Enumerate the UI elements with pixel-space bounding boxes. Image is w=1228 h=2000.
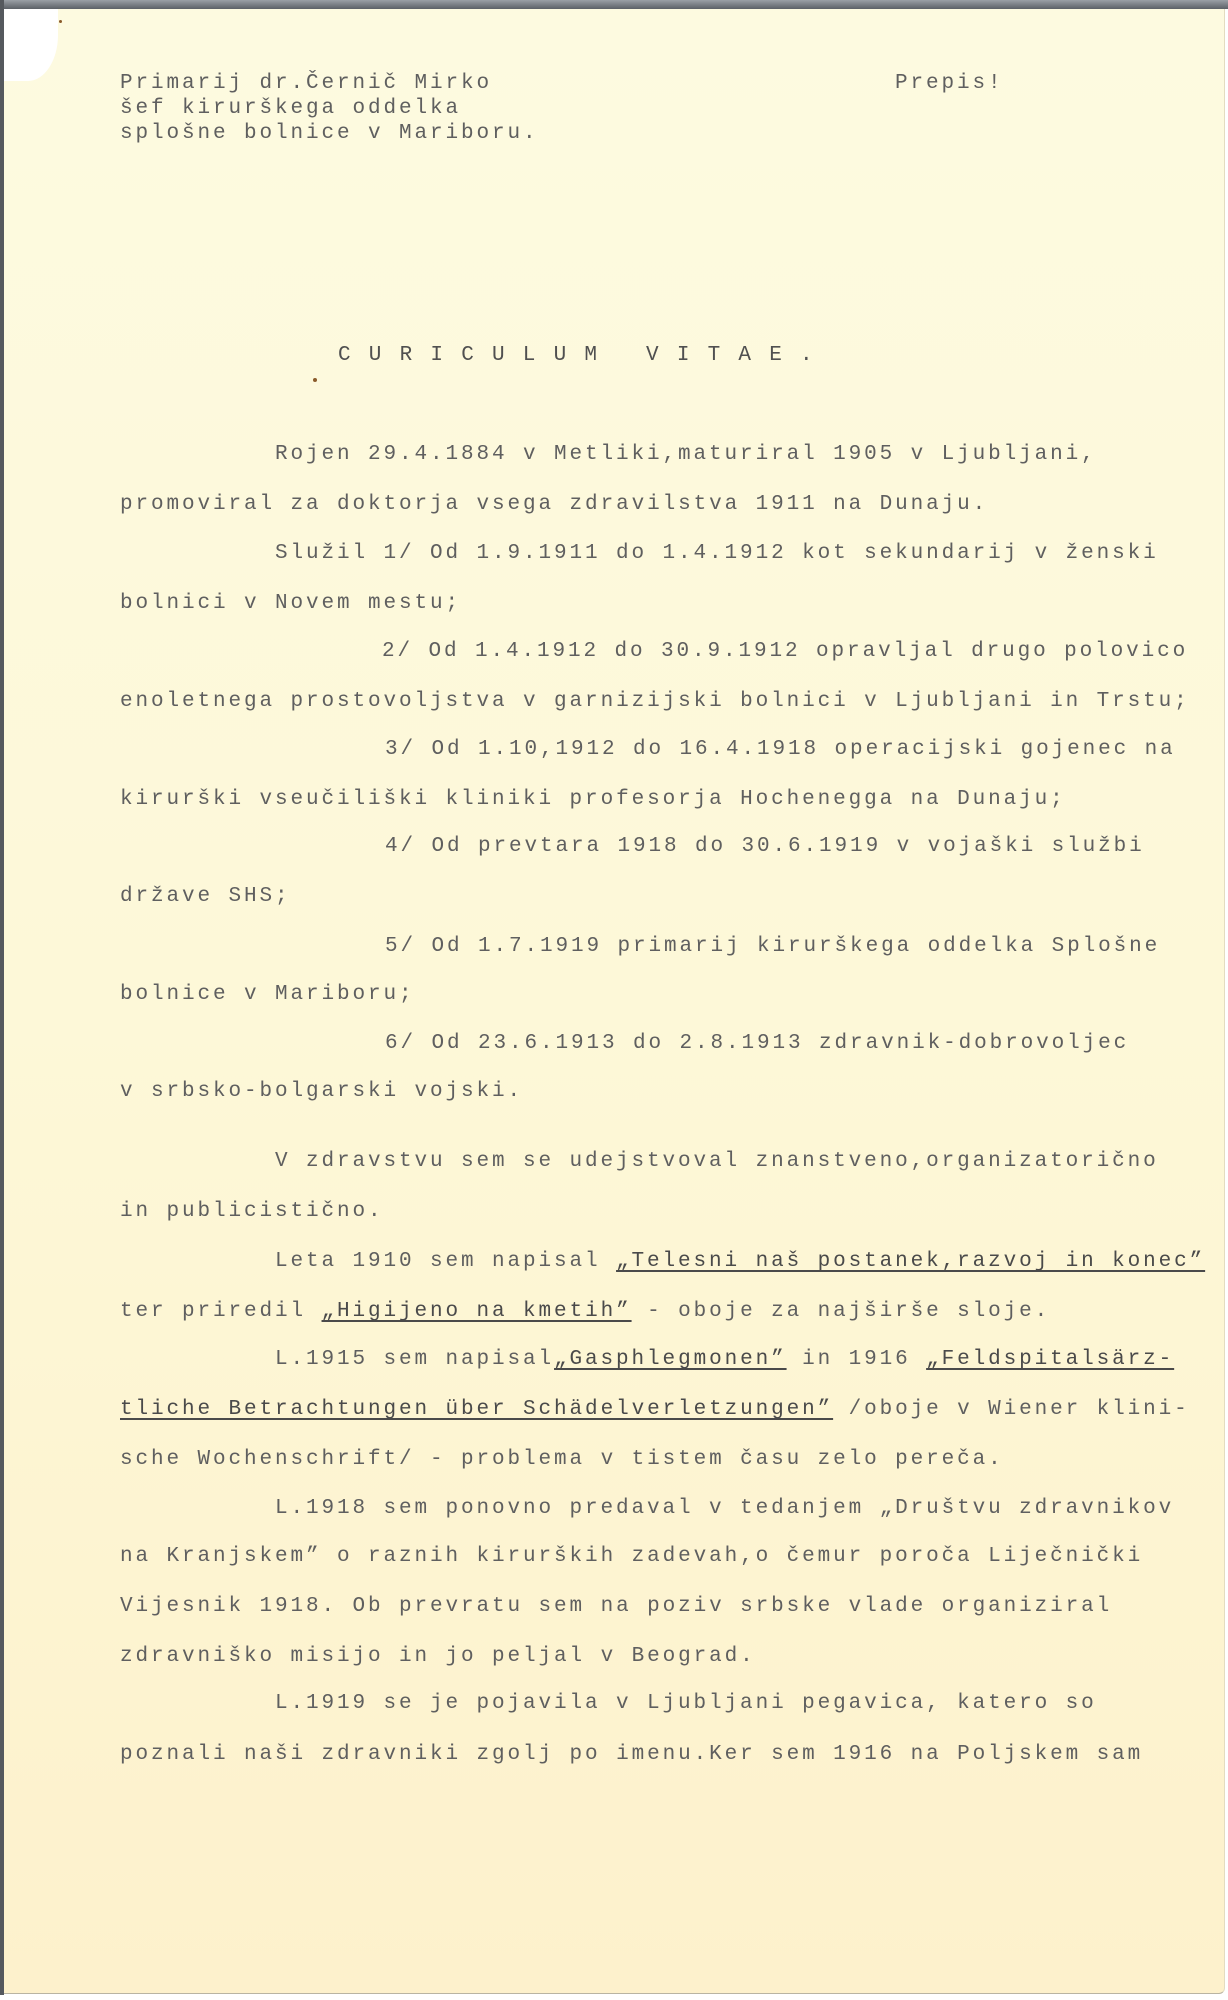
service-item-1-cont: bolnici v Novem mestu; [120,592,461,616]
paper-speck [313,378,317,382]
publication-title: „Feldspitalsärz- [926,1348,1174,1371]
text-line: Vijesnik 1918. Ob prevratu sem na poziv … [120,1595,1112,1619]
service-item-2: 2/ Od 1.4.1912 do 30.9.1912 opravljal dr… [382,640,1188,664]
text-line: L.1918 sem ponovno predaval v tedanjem „… [275,1497,1174,1521]
service-item-5-cont: bolnice v Mariboru; [120,983,415,1007]
text: - oboje za najširše sloje. [632,1300,1051,1323]
text: L.1915 sem napisal [275,1348,554,1371]
text: Leta 1910 sem napisal [275,1250,616,1273]
service-item-5: 5/ Od 1.7.1919 primarij kirurškega oddel… [385,935,1160,959]
document-title: CURICULUM VITAE. [338,344,831,368]
service-item-4-cont: države SHS; [120,885,291,909]
publication-title: „Higijeno na kmetih” [322,1300,632,1323]
publication-title: „Gasphlegmonen” [554,1348,787,1371]
text: /oboje v Wiener klini- [833,1398,1190,1421]
text: ter priredil [120,1300,322,1323]
text: in 1916 [787,1348,927,1371]
service-item-6-cont: v srbsko-bolgarski vojski. [120,1080,523,1104]
text-line: ter priredil „Higijeno na kmetih” - oboj… [120,1300,1050,1324]
text-line: sche Wochenschrift/ - problema v tistem … [120,1448,1004,1472]
service-item-3: 3/ Od 1.10,1912 do 16.4.1918 operacijski… [385,738,1176,762]
text-line: Rojen 29.4.1884 v Metliki,maturiral 1905… [275,443,1097,467]
scanner-top-edge [0,0,1228,9]
copy-mark: Prepis! [895,72,1004,96]
publication-title: tliche Betrachtungen über Schädelverletz… [120,1398,833,1421]
sender-line-hospital: splošne bolnice v Mariboru. [120,122,539,146]
text-line: V zdravstvu sem se udejstvoval znanstven… [275,1150,1159,1174]
service-item-4: 4/ Od prevtara 1918 do 30.6.1919 v vojaš… [385,835,1145,859]
text-line: tliche Betrachtungen über Schädelverletz… [120,1398,1190,1422]
service-item-2-cont: enoletnega prostovoljstva v garnizijski … [120,690,1190,714]
sender-line-position: šef kirurškega oddelka [120,97,461,121]
sender-line-name: Primarij dr.Černič Mirko [120,72,492,96]
text-line: zdravniško misijo in jo peljal v Beograd… [120,1645,756,1669]
text-line: L.1919 se je pojavila v Ljubljani pegavi… [275,1692,1097,1716]
publication-title: „Telesni naš postanek,razvoj in konec” [616,1250,1205,1273]
service-item-3-cont: kirurški vseučiliški kliniki profesorja … [120,788,1066,812]
text-line: L.1915 sem napisal„Gasphlegmonen” in 191… [275,1348,1174,1372]
service-item-1: Služil 1/ Od 1.9.1911 do 1.4.1912 kot se… [275,542,1159,566]
text-line: Leta 1910 sem napisal „Telesni naš posta… [275,1250,1205,1274]
text-line: in publicistično. [120,1200,384,1224]
paper-speck [59,20,62,23]
service-item-6: 6/ Od 23.6.1913 do 2.8.1913 zdravnik-dob… [385,1032,1129,1056]
text-line: promoviral za doktorja vsega zdravilstva… [120,493,988,517]
scanner-left-edge [0,0,4,1995]
text-line: na Kranjskem” o raznih kirurških zadevah… [120,1545,1143,1569]
text-line: poznali naši zdravniki zgolj po imenu.Ke… [120,1743,1143,1767]
